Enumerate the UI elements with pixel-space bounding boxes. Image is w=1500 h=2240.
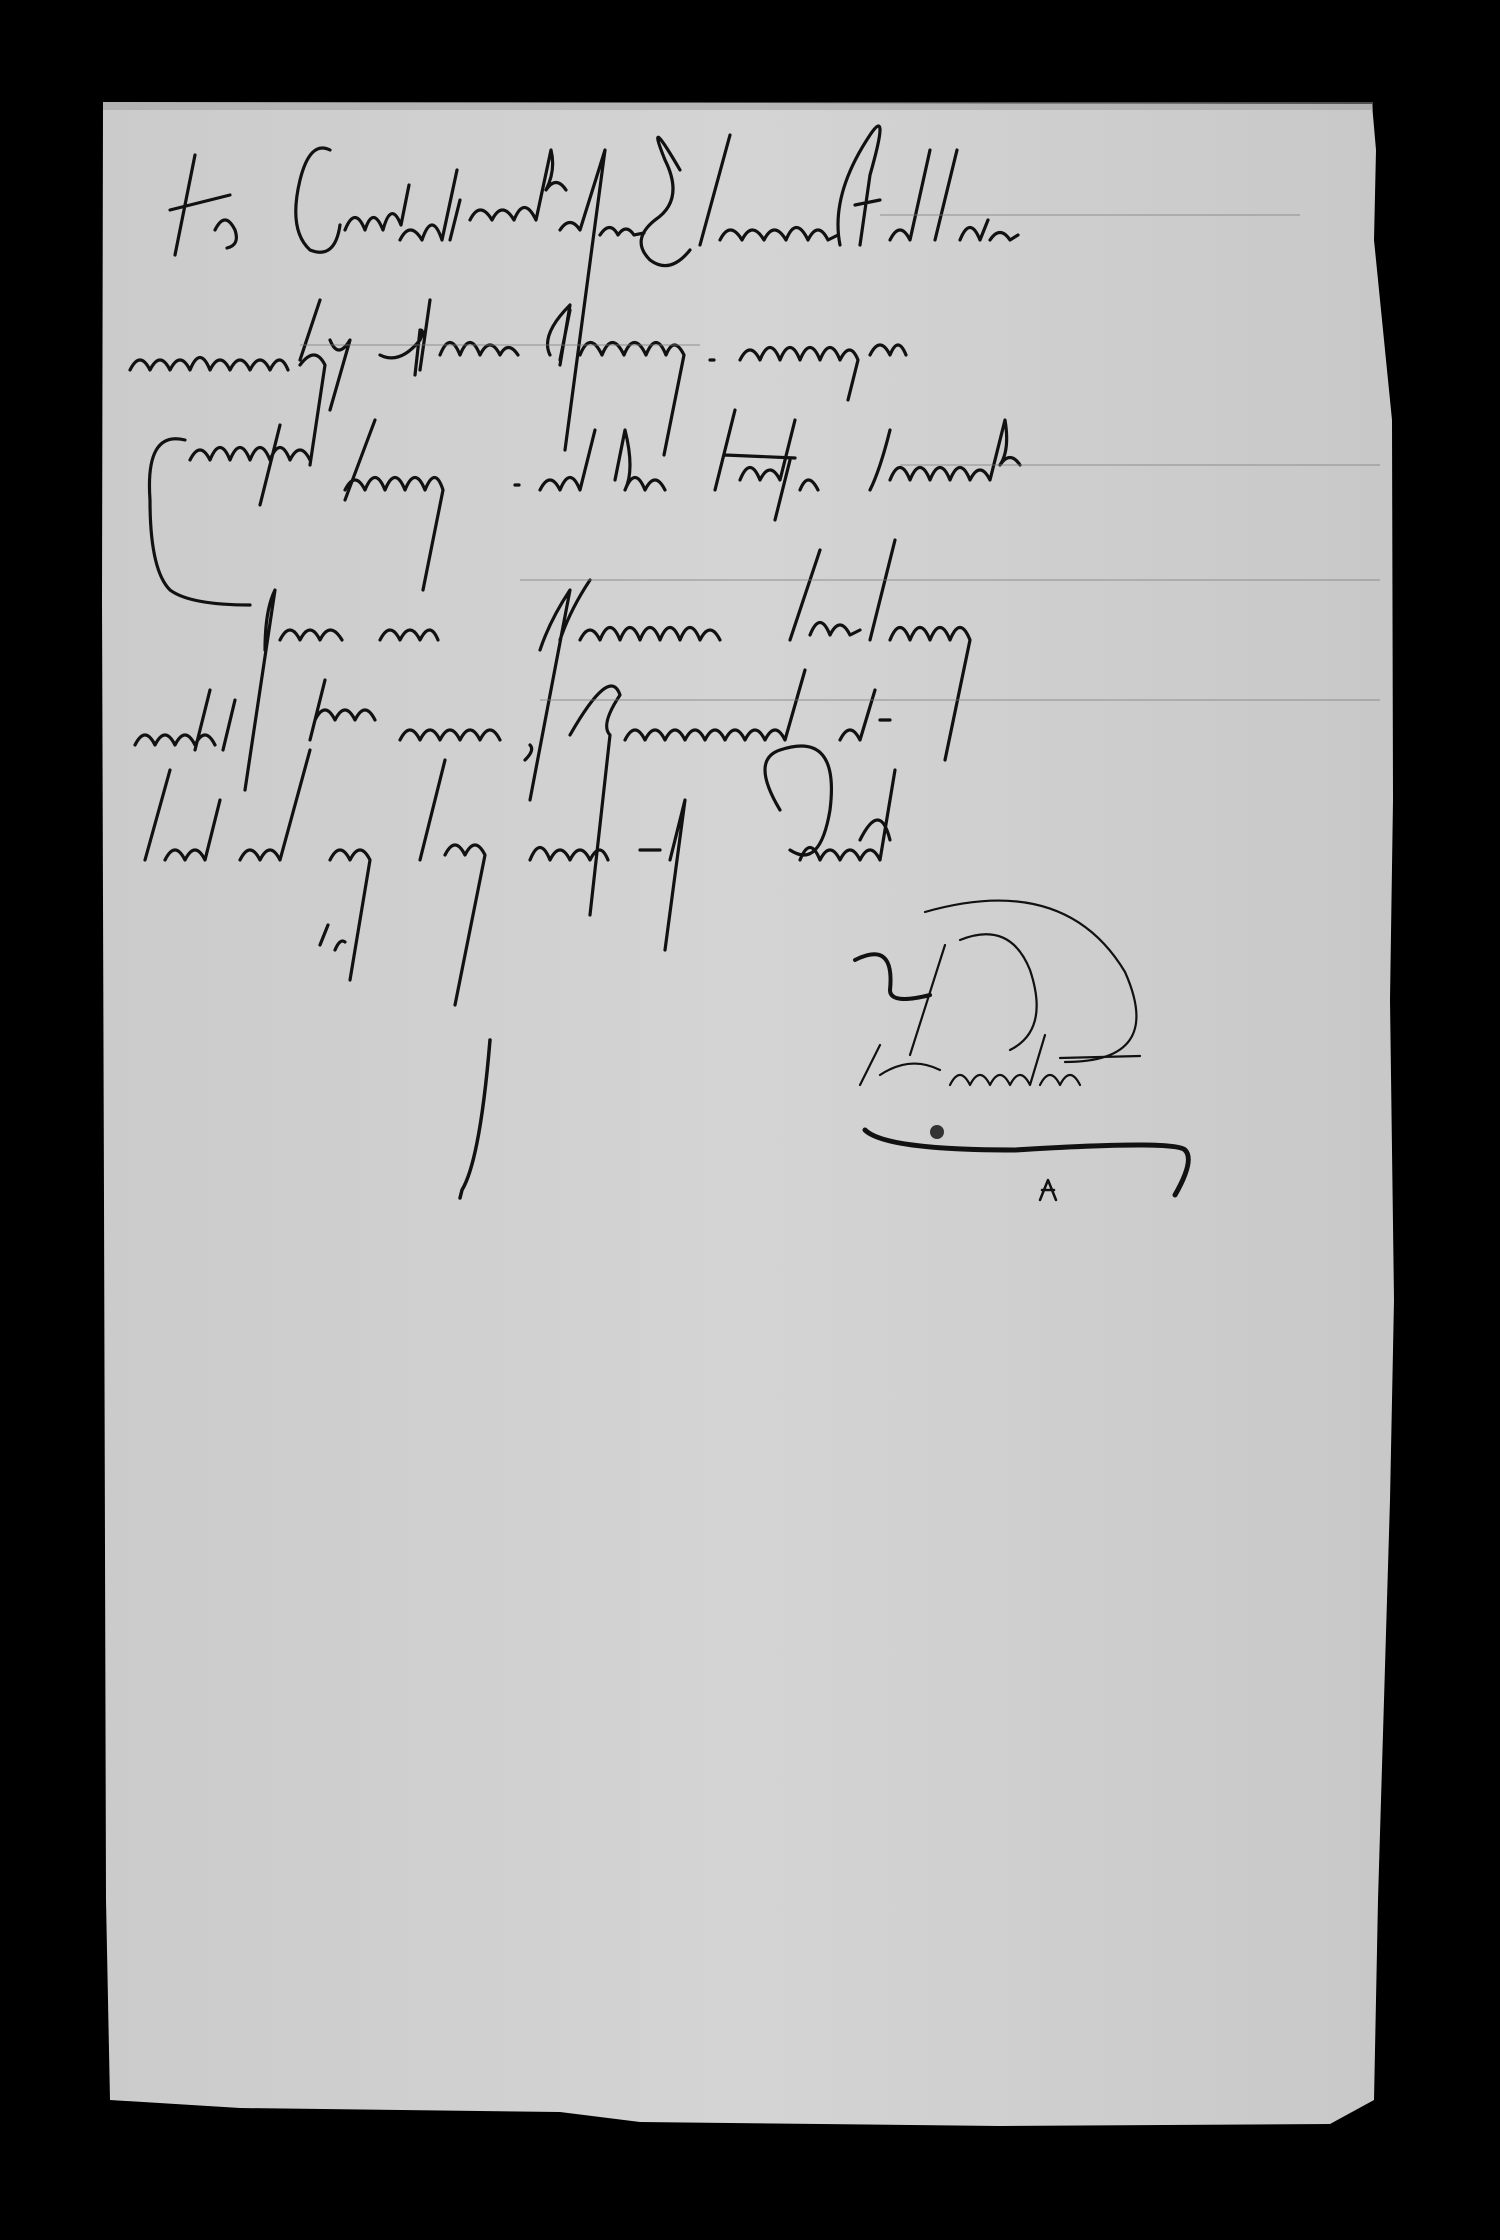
text-line-1: The Certificate for Eleanor Ablett (160, 190, 842, 236)
text-line-3: Womens Meeting . until the next Month (160, 450, 967, 496)
paper-sheet (102, 102, 1394, 2126)
text-line-4: from an expectation that the party (240, 600, 940, 646)
margin-note-text: &c (310, 915, 368, 961)
text-line-6: that effect being given by S Brooke (160, 820, 876, 866)
scan-viewer: The Certificate for Eleanor Ablett recei… (0, 0, 1500, 2240)
text-line-5: will then attend . Information to (160, 700, 811, 746)
signature-text: Wm Procter (940, 1040, 1183, 1086)
text-line-2: received by Mens Meeting . remains in (160, 320, 952, 366)
